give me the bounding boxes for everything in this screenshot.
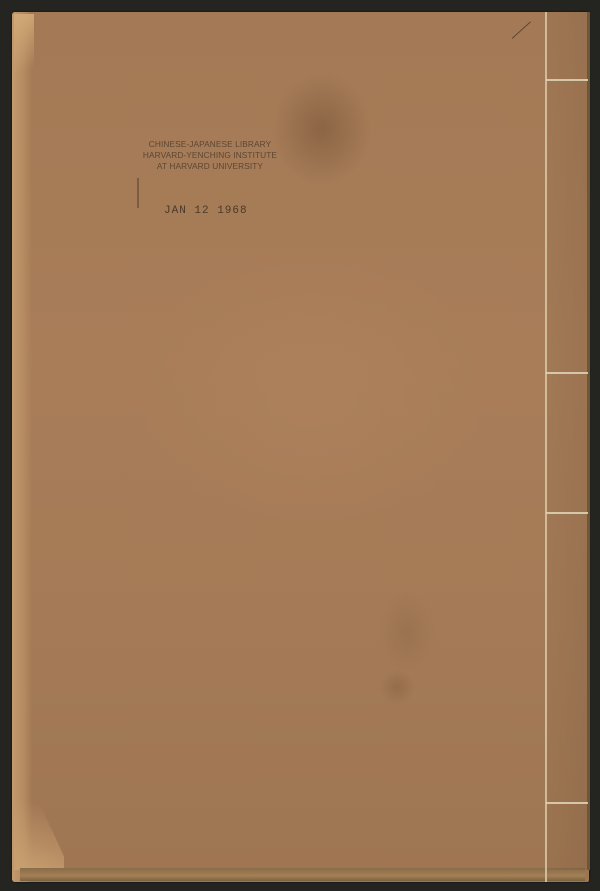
stamp-line: AT HARVARD UNIVERSITY — [135, 161, 285, 172]
cover-corner-top-left — [14, 14, 34, 84]
binding-stitch-horizontal — [546, 802, 588, 804]
book-cover — [12, 12, 589, 882]
library-stamp: CHINESE-JAPANESE LIBRARY HARVARD-YENCHIN… — [135, 139, 285, 173]
binding-stitch-vertical — [545, 12, 547, 882]
cover-right-edge — [587, 12, 590, 870]
date-stamp: JAN 12 1968 — [164, 205, 248, 217]
binding-stitch-horizontal — [546, 79, 588, 81]
binding-stitch-horizontal — [546, 512, 588, 514]
binding-spine — [545, 12, 589, 870]
page-block-edge — [20, 868, 585, 881]
binding-stitch-horizontal — [546, 372, 588, 374]
stamp-line: CHINESE-JAPANESE LIBRARY — [135, 139, 285, 150]
stamp-mark — [137, 178, 139, 208]
cover-left-fold — [12, 12, 32, 882]
stamp-line: HARVARD-YENCHING INSTITUTE — [135, 150, 285, 161]
